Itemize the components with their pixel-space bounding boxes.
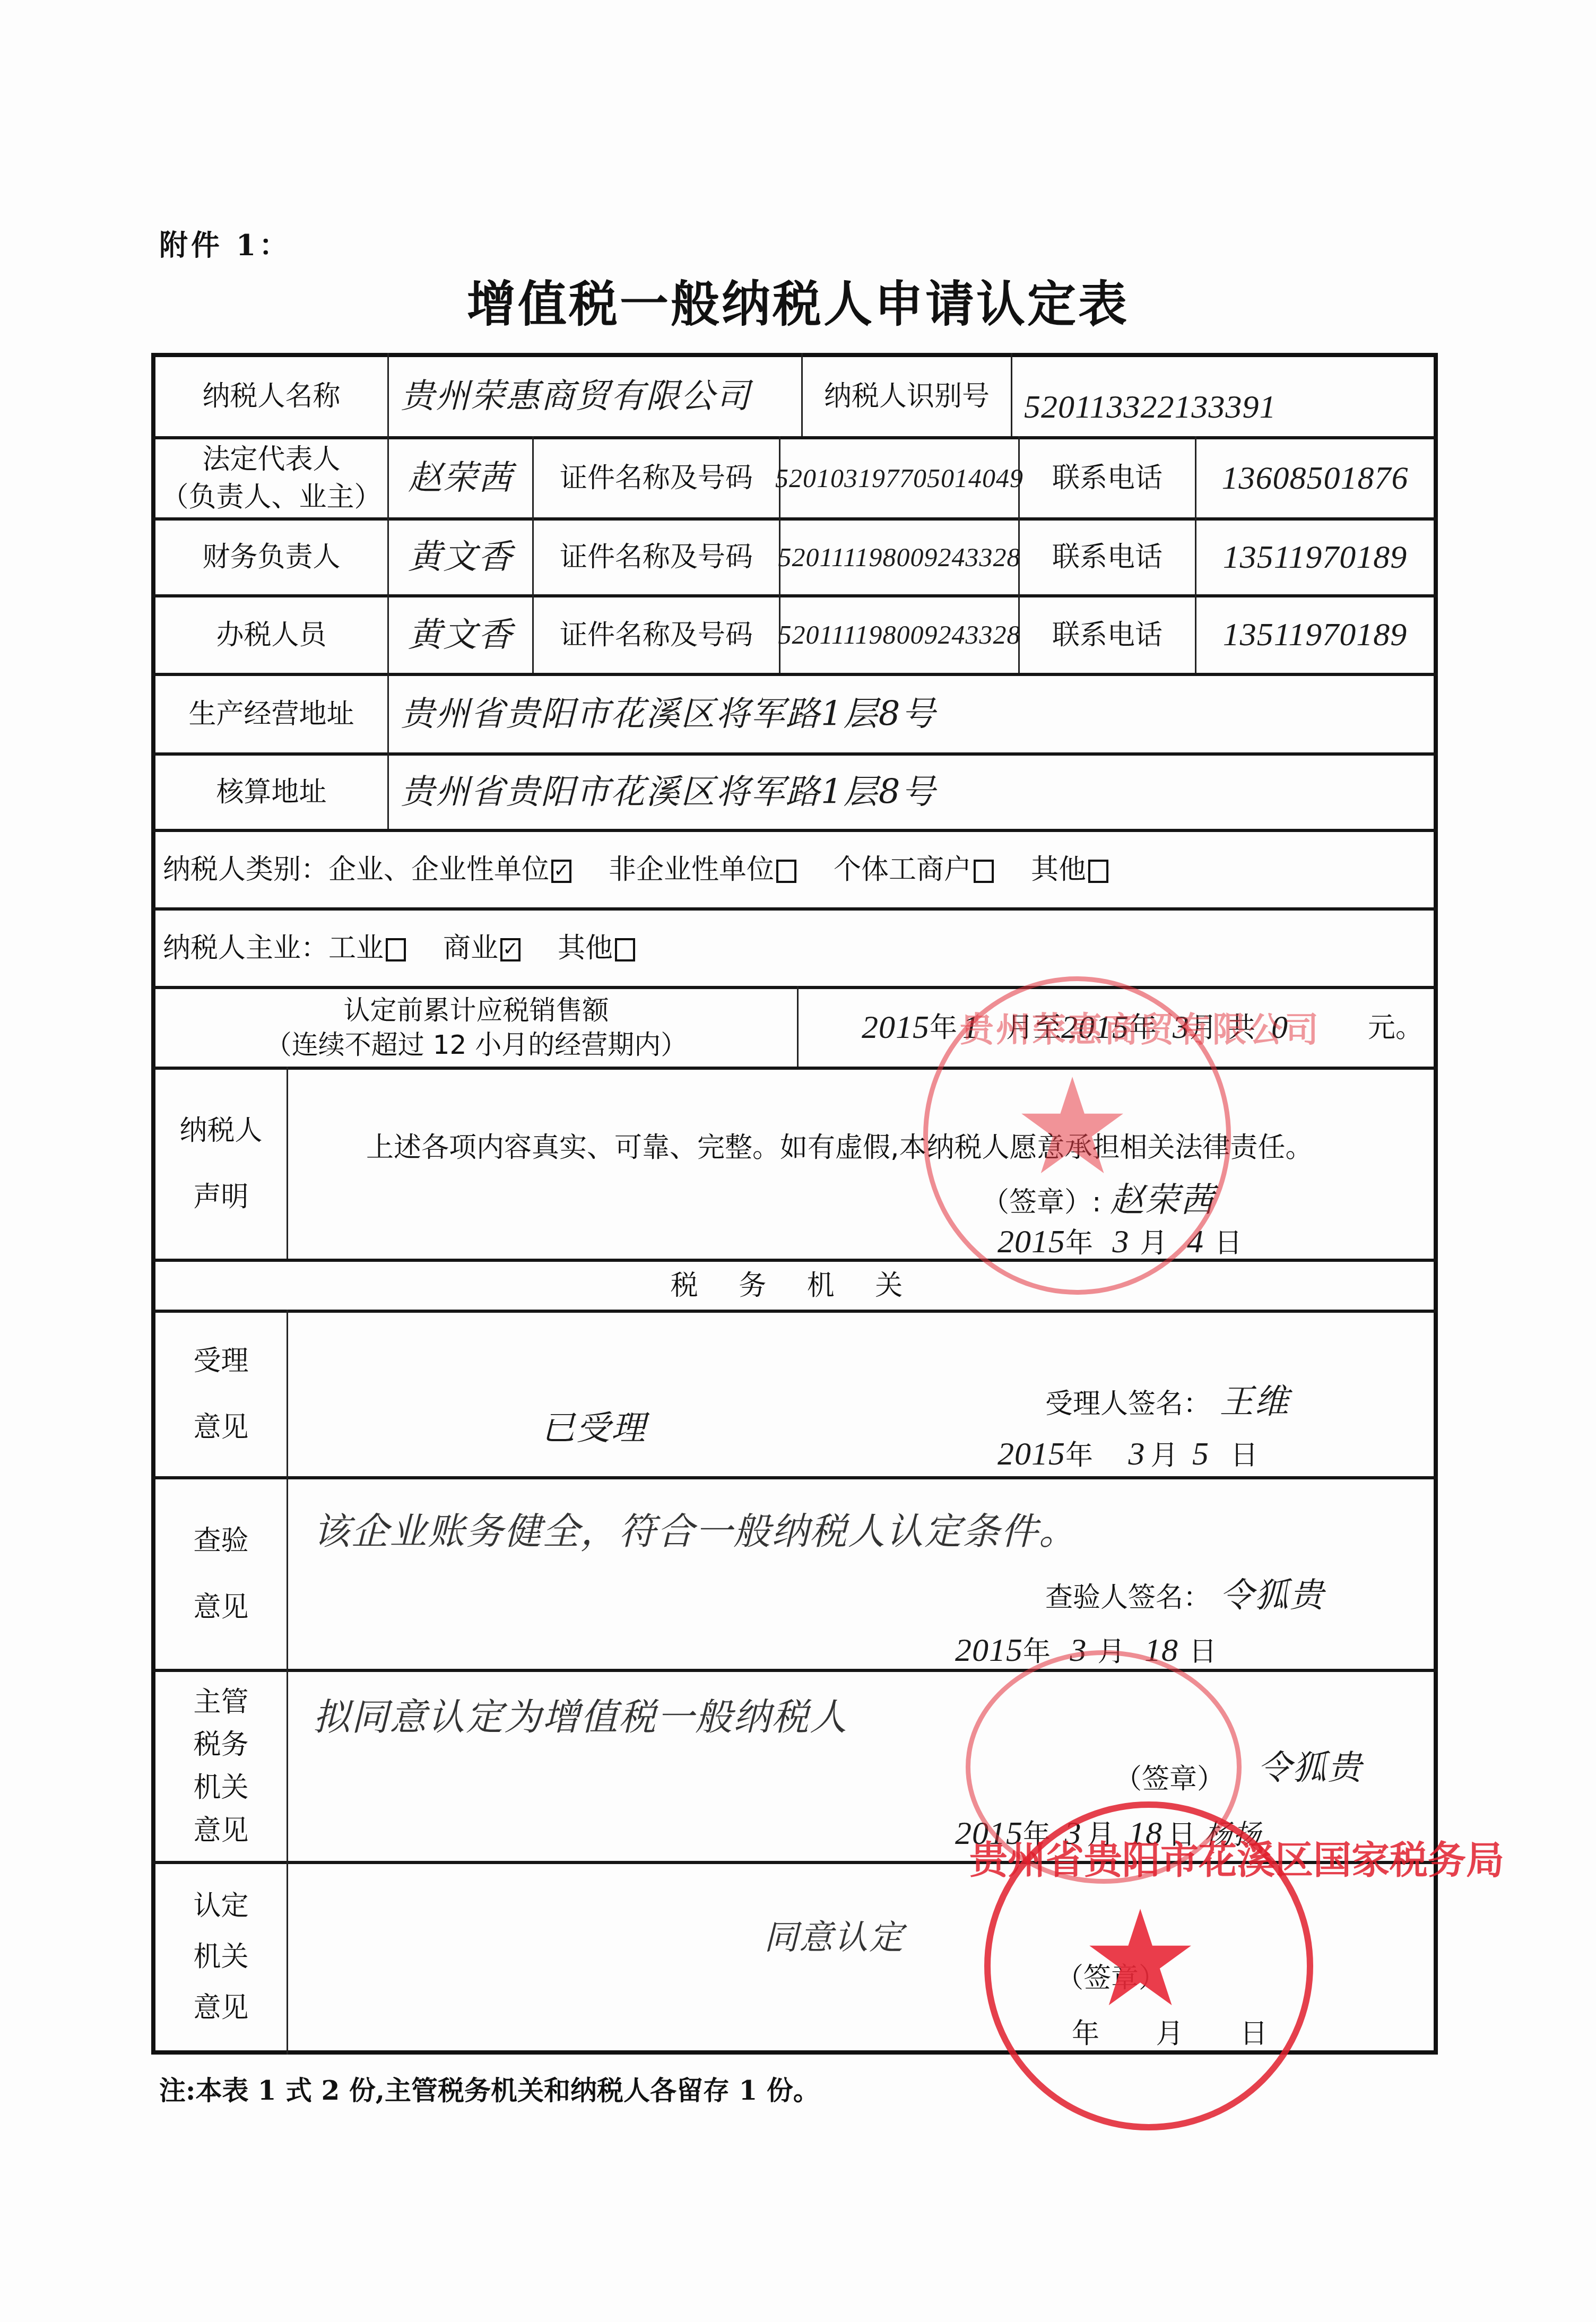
- supervising-label-line: 意见: [193, 1809, 248, 1852]
- category-option[interactable]: 其他: [1031, 851, 1108, 888]
- year-char: 年: [1023, 1636, 1051, 1668]
- date-day: 18: [1144, 1632, 1178, 1668]
- supervising-label-line: 机关: [193, 1766, 248, 1809]
- taxpayer-name-value: 贵州荣惠商贸有限公司: [389, 357, 801, 436]
- acceptance-label: 受理 意见: [155, 1313, 287, 1476]
- declaration-date: 2015年 3月 4日: [997, 1220, 1242, 1261]
- recognition-opinion: 同意认定: [764, 1910, 904, 1959]
- accounting-address-value: 贵州省贵阳市花溪区将军路1层8号: [389, 756, 1434, 829]
- currency-unit: 元。: [1368, 1009, 1423, 1046]
- sales-label-line1: 认定前累计应税销售额: [344, 993, 609, 1028]
- declaration-signature: 赵荣茜: [1110, 1181, 1215, 1220]
- taxpayer-category-label: 纳税人类别：: [163, 851, 328, 888]
- day-char: 日: [1215, 1227, 1242, 1259]
- taxpayer-id-label: 纳税人识别号: [803, 357, 1011, 436]
- supervising-signature: 令狐贵: [1257, 1740, 1363, 1789]
- supervising-extra-signature: 杨扬: [1204, 1819, 1262, 1851]
- row-divider: [151, 1476, 1438, 1479]
- checkbox[interactable]: [615, 938, 635, 961]
- year-char: 年: [1065, 1227, 1093, 1259]
- sign-label: 受理人签名：: [1045, 1388, 1211, 1420]
- col-divider: [287, 1067, 288, 1259]
- date-month: 3: [1065, 1815, 1082, 1851]
- legal-rep-label: 法定代表人 （负责人、业主）: [155, 439, 387, 517]
- month-char: 月: [1087, 1819, 1115, 1851]
- date-month: 3: [1113, 1224, 1130, 1260]
- sales-to-month: 3: [1173, 1006, 1190, 1050]
- finance-manager-phone-label: 联系电话: [1020, 521, 1195, 594]
- inspection-label-line1: 查验: [193, 1508, 248, 1574]
- recognition-label-line: 认定: [193, 1881, 248, 1931]
- date-month: 3: [1129, 1436, 1146, 1472]
- tax-officer-name: 黄文香: [389, 597, 532, 673]
- production-address-label: 生产经营地址: [155, 676, 387, 752]
- date-day: 4: [1187, 1224, 1204, 1260]
- date-day: 5: [1192, 1436, 1209, 1472]
- year-char: 年: [930, 1009, 957, 1046]
- declaration-signature-line: （签章）: 赵荣茜: [982, 1173, 1215, 1221]
- tax-officer-id-value: 520111198009243328: [780, 597, 1018, 673]
- month-char: 月: [1140, 1227, 1168, 1259]
- inspection-date: 2015年 3月 18日: [955, 1629, 1217, 1669]
- recognition-label: 认定 机关 意见: [155, 1864, 287, 2050]
- row-divider: [151, 1067, 1438, 1070]
- day-char: 日: [1189, 1636, 1217, 1668]
- acceptance-date: 2015年 3月 5日: [997, 1433, 1258, 1473]
- taxpayer-category-row: 纳税人类别： 企业、企业性单位✓ 非企业性单位 个体工商户 其他: [155, 832, 1434, 907]
- inspection-opinion: 该企业账务健全，符合一般纳税人认定条件。: [313, 1502, 1077, 1555]
- checkbox-checked[interactable]: ✓: [551, 860, 571, 883]
- supervising-date: 2015年 3月 18日 杨扬: [955, 1812, 1262, 1852]
- category-option[interactable]: 个体工商户: [834, 851, 994, 888]
- tax-officer-label: 办税人员: [155, 597, 387, 673]
- date-year: 2015: [955, 1632, 1023, 1668]
- sales-amount: 0: [1271, 1006, 1288, 1050]
- legal-rep-id-label: 证件名称及号码: [534, 439, 779, 517]
- tax-officer-id-label: 证件名称及号码: [534, 597, 779, 673]
- declaration-text: 上述各项内容真实、可靠、完整。如有虚假,本纳税人愿意承担相关法律责任。: [366, 1125, 1313, 1165]
- month-char: 月: [1151, 1440, 1178, 1471]
- month-char: 月: [1156, 2018, 1184, 2050]
- checkbox[interactable]: [974, 860, 994, 883]
- business-option[interactable]: 工业: [328, 930, 406, 967]
- declaration-label: 纳税人 声明: [155, 1070, 287, 1259]
- acceptance-label-line2: 意见: [193, 1394, 248, 1461]
- recognition-seal-label: （签章）: [1056, 1955, 1166, 1995]
- declaration-label-line2: 声明: [193, 1164, 248, 1231]
- legal-rep-label-line2: （负责人、业主）: [161, 479, 381, 516]
- checkbox[interactable]: [386, 938, 406, 961]
- acceptance-opinion: 已受理: [541, 1401, 646, 1450]
- total-char: 共: [1228, 1009, 1255, 1046]
- finance-manager-id-value: 520111198009243328: [780, 521, 1018, 594]
- taxpayer-name-label: 纳税人名称: [155, 357, 387, 436]
- category-option[interactable]: 企业、企业性单位✓: [328, 851, 571, 888]
- tax-officer-phone-label: 联系电话: [1020, 597, 1195, 673]
- date-day: 18: [1129, 1815, 1163, 1851]
- day-char: 日: [1168, 1819, 1195, 1851]
- month-char: 月: [1006, 1009, 1034, 1046]
- recognition-label-line: 意见: [193, 1982, 248, 2033]
- row-divider: [151, 1861, 1438, 1864]
- sign-label: 查验人签名：: [1045, 1582, 1211, 1614]
- date-month: 3: [1070, 1632, 1087, 1668]
- legal-rep-label-line1: 法定代表人: [202, 441, 340, 478]
- supervising-label-line: 税务: [193, 1723, 248, 1766]
- month-char: 月: [1098, 1636, 1125, 1668]
- acceptance-label-line1: 受理: [193, 1328, 248, 1394]
- year-char: 年: [1072, 2018, 1099, 2050]
- to-char: 至: [1034, 1009, 1061, 1046]
- category-option[interactable]: 非企业性单位: [609, 851, 796, 888]
- supervising-label: 主管 税务 机关 意见: [155, 1672, 287, 1861]
- sales-period: 2015 年 1 月 至 2015 年 3 月 共 0 元。: [799, 989, 1434, 1067]
- legal-rep-id-value: 520103197705014049: [780, 439, 1018, 517]
- inspection-label: 查验 意见: [155, 1479, 287, 1669]
- inspection-label-line2: 意见: [193, 1574, 248, 1641]
- date-year: 2015: [997, 1224, 1065, 1260]
- month-char: 月: [1190, 1009, 1217, 1046]
- finance-manager-name: 黄文香: [389, 521, 532, 594]
- year-char: 年: [1065, 1440, 1093, 1471]
- row-divider: [151, 1669, 1438, 1672]
- finance-manager-id-label: 证件名称及号码: [534, 521, 779, 594]
- row-divider: [151, 1310, 1438, 1313]
- recognition-date: 年 月 日: [1072, 2011, 1268, 2051]
- checkbox[interactable]: [776, 860, 796, 883]
- inspection-signature-line: 查验人签名： 令狐贵: [1045, 1568, 1325, 1617]
- day-char: 日: [1240, 2018, 1268, 2050]
- footnote: 注:本表 1 式 2 份,主管税务机关和纳税人各留存 1 份。: [159, 2069, 820, 2108]
- date-year: 2015: [997, 1436, 1065, 1472]
- business-option[interactable]: 商业✓: [443, 930, 521, 967]
- legal-rep-phone-value: 13608501876: [1196, 439, 1434, 517]
- day-char: 日: [1230, 1440, 1258, 1471]
- sales-label: 认定前累计应税销售额 （连续不超过 12 小月的经营期内）: [155, 989, 797, 1067]
- main-business-row: 纳税人主业： 工业 商业✓ 其他: [155, 911, 1434, 986]
- date-year: 2015: [955, 1815, 1023, 1851]
- acceptance-signature: 王维: [1220, 1382, 1290, 1422]
- main-business-label: 纳税人主业：: [163, 930, 328, 967]
- sales-to-year: 2015: [1061, 1006, 1129, 1050]
- accounting-address-label: 核算地址: [155, 756, 387, 829]
- checkbox[interactable]: [1088, 860, 1108, 883]
- business-option[interactable]: 其他: [558, 930, 635, 967]
- attachment-label: 附件 1：: [159, 223, 291, 264]
- supervising-label-line: 主管: [193, 1681, 248, 1724]
- inspection-signature: 令狐贵: [1220, 1576, 1325, 1615]
- sales-from-month: 1: [962, 1006, 979, 1050]
- sales-from-year: 2015: [862, 1006, 930, 1050]
- tax-authority-header: 税 务 机 关: [155, 1262, 1434, 1310]
- year-char: 年: [1023, 1819, 1051, 1851]
- supervising-opinion: 拟同意认定为增值税一般纳税人: [313, 1687, 848, 1741]
- legal-rep-phone-label: 联系电话: [1020, 439, 1195, 517]
- col-divider: [287, 1310, 288, 2055]
- production-address-value: 贵州省贵阳市花溪区将军路1层8号: [389, 676, 1434, 752]
- checkbox-checked[interactable]: ✓: [500, 938, 521, 961]
- finance-manager-label: 财务负责人: [155, 521, 387, 594]
- acceptance-signature-line: 受理人签名： 王维: [1045, 1374, 1290, 1423]
- finance-manager-phone-value: 13511970189: [1196, 521, 1434, 594]
- taxpayer-id-value: 520113322133391: [1012, 357, 1434, 436]
- supervising-seal-label: （签章）: [1114, 1756, 1225, 1796]
- recognition-label-line: 机关: [193, 1931, 248, 1982]
- tax-officer-phone-value: 13511970189: [1196, 597, 1434, 673]
- declaration-label-line1: 纳税人: [179, 1098, 262, 1164]
- document-title: 增值税一般纳税人申请认定表: [0, 265, 1596, 335]
- year-char: 年: [1129, 1009, 1157, 1046]
- sign-label: （签章）:: [982, 1186, 1101, 1218]
- legal-rep-name: 赵荣茜: [389, 439, 532, 517]
- sales-label-line2: （连续不超过 12 小月的经营期内）: [265, 1028, 687, 1062]
